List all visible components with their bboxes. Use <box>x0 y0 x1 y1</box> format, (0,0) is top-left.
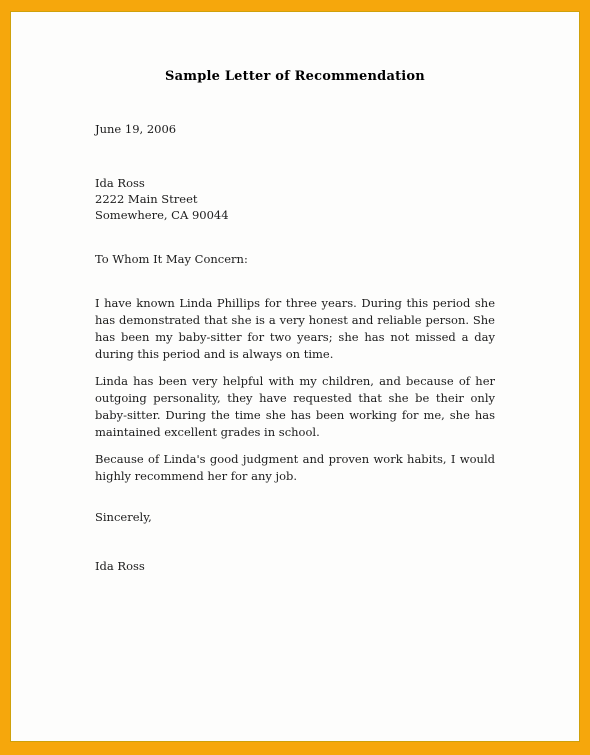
sender-street: 2222 Main Street <box>95 191 495 207</box>
letter-content: Sample Letter of Recommendation June 19,… <box>10 11 580 742</box>
letter-date: June 19, 2006 <box>95 121 495 138</box>
sender-address-block: Ida Ross 2222 Main Street Somewhere, CA … <box>95 175 495 223</box>
signature-name: Ida Ross <box>95 558 495 575</box>
sender-name: Ida Ross <box>95 175 495 191</box>
body-paragraph-1: I have known Linda Phillips for three ye… <box>95 295 495 363</box>
letter-title: Sample Letter of Recommendation <box>95 68 495 85</box>
body-paragraph-2: Linda has been very helpful with my chil… <box>95 373 495 441</box>
salutation: To Whom It May Concern: <box>95 251 495 268</box>
closing: Sincerely, <box>95 509 495 526</box>
sender-city-state-zip: Somewhere, CA 90044 <box>95 207 495 223</box>
body-paragraph-3: Because of Linda's good judgment and pro… <box>95 451 495 485</box>
letter-page: Sample Letter of Recommendation June 19,… <box>0 0 590 755</box>
